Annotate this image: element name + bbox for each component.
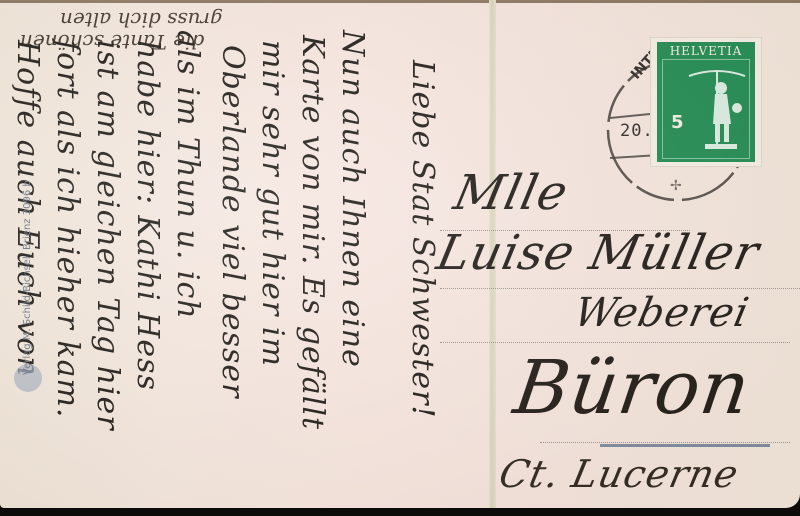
publisher-imprint: Verlag M. Schild-Bichsel, Brienz 3096 b [22,180,33,375]
postcard-back: gruss dich alten die Tante schönen Liebe… [0,0,800,508]
address-rule [440,342,790,343]
address-rule [540,442,790,443]
svg-text:✢: ✢ [670,178,682,194]
stamp-country: HELVETIA [657,44,755,58]
message-line: als im Thun u. ich [170,30,205,320]
address-town: Büron [509,345,756,431]
address-rule [440,288,800,289]
address-canton: Ct. Lucerne [495,452,742,496]
upside-down-line: gruss dich alten [60,8,223,32]
crossbow-boy-icon [687,64,747,154]
message-area: gruss dich alten die Tante schönen Liebe… [0,0,480,508]
message-line: Karte von mir. Es gefällt [295,35,330,430]
message-line: mir sehr gut hier im [255,40,290,367]
stamp-face: HELVETIA 5 [657,42,755,162]
message-line: Liebe Stat Schwester! [405,60,440,419]
stamp-value: 5 [671,112,684,133]
message-line: habe hier: Kathi Hess [130,40,165,391]
town-underline [600,444,770,447]
scan-background [0,508,800,516]
message-line: ist am gleichen Tag hier [90,40,125,431]
message-line: Oberlande viel besser [215,45,250,398]
postage-stamp: HELVETIA 5 [651,38,761,166]
address-title: Mlle [449,165,573,221]
message-line: fort als ich hieher kam. [50,40,85,418]
message-line: Nun auch Ihnen eine [335,30,370,368]
address-street: Weberei [570,290,753,336]
address-name: Luise Müller [432,225,764,281]
